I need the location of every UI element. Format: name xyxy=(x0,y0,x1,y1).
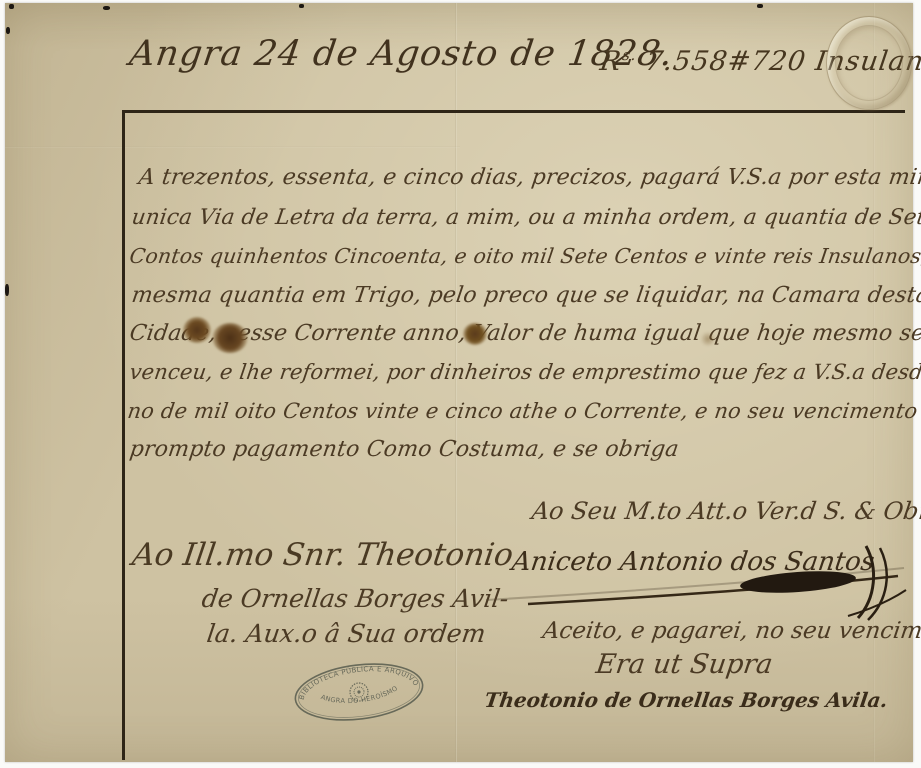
edge-speck xyxy=(757,4,763,8)
ink-blot xyxy=(183,317,211,343)
body-line-6: venceu, e lhe reformei, por dinheiros de… xyxy=(128,360,921,384)
edge-speck xyxy=(9,4,14,9)
embossed-seal xyxy=(826,16,912,110)
fold-crease-horizontal xyxy=(5,146,460,148)
paper-stain xyxy=(700,332,716,346)
frame-rule-left xyxy=(122,110,125,760)
addressee-line-2: de Ornellas Borges Avil- xyxy=(200,584,510,613)
body-line-3: Contos quinhentos Cincoenta, e oito mil … xyxy=(128,244,921,268)
acceptance-era-ut-supra: Era ut Supra xyxy=(594,649,775,680)
body-line-4: mesma quantia em Trigo, pelo preco que s… xyxy=(130,283,921,308)
body-line-2: unica Via de Letra da terra, a mim, ou a… xyxy=(130,205,921,230)
edge-speck xyxy=(103,6,110,10)
dateline: Angra 24 de Agosto de 1828. xyxy=(127,34,676,74)
currency-symbol: R xyxy=(598,46,624,77)
ink-blot xyxy=(212,323,248,353)
amount-value: 7.558#720 xyxy=(643,46,808,77)
edge-speck xyxy=(6,27,10,34)
acceptance-signature: Theotonio de Ornellas Borges Avila. xyxy=(483,688,889,712)
signature-flourish xyxy=(468,538,918,623)
body-line-1: A trezentos, essenta, e cinco dias, prec… xyxy=(137,165,921,190)
addressee-line-3: la. Aux.o â Sua ordem xyxy=(205,619,488,648)
acceptance-line: Aceito, e pagarei, no seu vencimento. xyxy=(541,618,921,644)
body-line-8: prompto pagamento Como Costuma, e se obr… xyxy=(128,437,680,462)
edge-speck xyxy=(299,4,304,8)
scanned-document: { "header": { "dateline": "Angra 24 de A… xyxy=(0,0,921,768)
frame-rule-top xyxy=(122,110,905,113)
body-line-7: no de mil oito Centos vinte e cinco athe… xyxy=(126,399,921,423)
currency-superscript: s. xyxy=(621,46,638,64)
courtesy-line: Ao Seu M.to Att.o Ver.d S. & Obr.o xyxy=(530,497,921,525)
addressee-line-1: Ao Ill.mo Snr. Theotonio xyxy=(130,537,515,573)
edge-speck xyxy=(5,284,9,296)
embossed-seal-inner-ring xyxy=(835,25,903,101)
ink-blot xyxy=(463,323,487,345)
